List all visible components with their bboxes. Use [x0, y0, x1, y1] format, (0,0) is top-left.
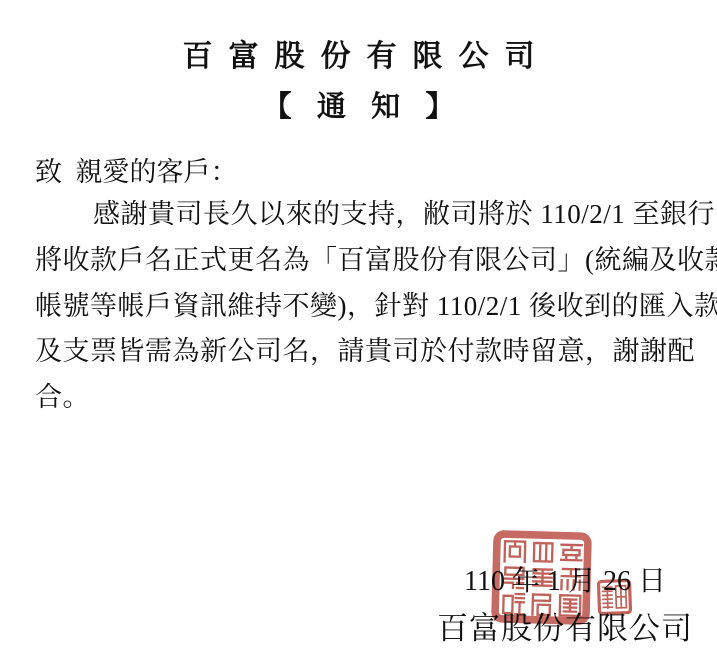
body-line: 合。 [35, 375, 690, 421]
body-line: 及支票皆需為新公司名，請貴司於付款時留意，謝謝配 [35, 329, 690, 375]
signature-company-name: 百富股份有限公司 [437, 603, 693, 648]
body-paragraph: 感謝貴司長久以來的支持，敝司將於 110/2/1 至銀行 將收款戶名正式更名為「… [35, 192, 690, 421]
body-line: 帳號等帳戶資訊維持不變)，針對 110/2/1 後收到的匯入款 [35, 284, 690, 330]
notice-document: 百富股份有限公司 【 通 知 】 致 親愛的客戶： 感謝貴司長久以來的支持，敝司… [0, 0, 717, 652]
body-line: 將收款戶名正式更名為「百富股份有限公司」(統編及收款 [35, 238, 690, 284]
body-line: 感謝貴司長久以來的支持，敝司將於 110/2/1 至銀行 [35, 192, 690, 238]
date-line: 110 年 1 月 26 日 [464, 559, 666, 599]
salutation: 致 親愛的客戶： [35, 150, 238, 189]
notice-heading: 【 通 知 】 [0, 84, 717, 125]
document-title: 百富股份有限公司 [0, 31, 717, 75]
